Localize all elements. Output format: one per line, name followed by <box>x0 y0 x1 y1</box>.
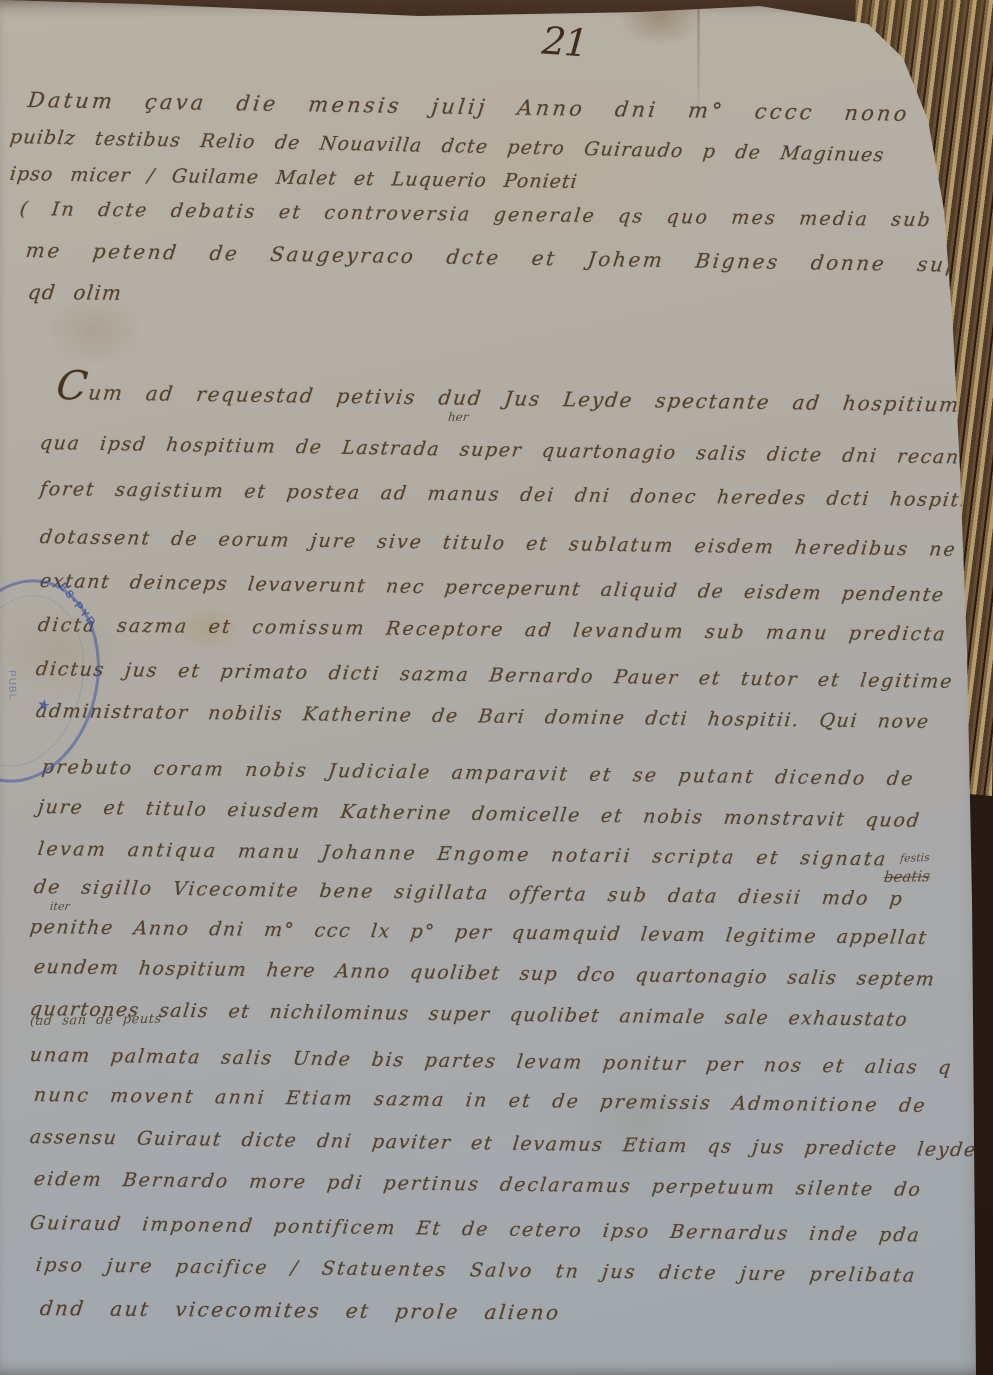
manuscript-line: me petend de Saugeyraco dcte et Johem Bi… <box>25 238 993 278</box>
interlinear-note: her <box>447 410 469 424</box>
manuscript-line: Datum çava die mensis julij Anno dni m° … <box>27 88 912 126</box>
manuscript-line: ipso micer / Guilame Malet et Luquerio P… <box>9 163 579 193</box>
interlinear-note: (ad san de peuts <box>29 1012 162 1029</box>
manuscript-line: qd olim <box>27 280 124 305</box>
manuscript-line: extant deinceps levaverunt nec perceperu… <box>39 570 946 606</box>
manuscript-line: de sigillo Vicecomite bene sigillata off… <box>33 876 905 910</box>
manuscript-line: eundem hospitium here Anno quolibet sup … <box>33 956 937 991</box>
manuscript-line: dotassent de eorum jure sive titulo et s… <box>39 526 958 561</box>
folio-number: 21 <box>541 19 588 66</box>
manuscript-line: levam antiqua manu Johanne Engome notari… <box>37 838 889 870</box>
manuscript-line: puiblz testibus Relio de Nouavilla dcte … <box>9 126 886 166</box>
manuscript-line: prebuto coram nobis Judiciale amparavit … <box>41 756 916 790</box>
manuscript-line: penithe Anno dni m° ccc lx p° per quamqu… <box>29 916 929 949</box>
manuscript-page: 21 Datum çava die mensis julij Anno dni … <box>0 0 993 1375</box>
manuscript-line: dnd aut vicecomites et prole alieno <box>39 1296 562 1325</box>
manuscript-line: nunc movent anni Etiam sazma in et de pr… <box>33 1084 928 1117</box>
stamp-text-line2: PUBL <box>6 670 18 700</box>
manuscript-line: Guiraud imponend pontificem Et de cetero… <box>29 1212 922 1246</box>
interlinear-note: beatis <box>883 867 931 886</box>
manuscript-line: dicta sazma et comissum Receptore ad lev… <box>37 614 948 645</box>
manuscript-line: assensu Guiraut dicte dni paviter et lev… <box>29 1126 978 1161</box>
manuscript-line: foret sagistium et postea ad manus dei d… <box>39 478 978 511</box>
interlinear-note: iter <box>49 900 70 913</box>
manuscript-line: jure et titulo eiusdem Katherine domicel… <box>37 796 922 832</box>
manuscript-line: dictus jus et primato dicti sazma Bernar… <box>35 658 955 693</box>
manuscript-line: qua ipsd hospitium de Lastrada super qua… <box>39 432 993 469</box>
manuscript-line: ( In dcte debatis et controversia genera… <box>19 198 993 232</box>
manuscript-line: unam palmata salis Unde bis partes levam… <box>29 1044 954 1079</box>
manuscript-line: ipso jure pacifice / Statuentes Salvo tn… <box>35 1254 918 1287</box>
manuscript-line: Cum ad requestad petivis dud Jus Leyde s… <box>55 380 993 419</box>
manuscript-line: eidem Bernardo more pdi pertinus declara… <box>33 1168 923 1201</box>
interlinear-note: festis <box>900 851 931 865</box>
manuscript-photo: 21 Datum çava die mensis julij Anno dni … <box>0 0 993 1375</box>
manuscript-line: administrator nobilis Katherine de Bari … <box>35 700 931 733</box>
